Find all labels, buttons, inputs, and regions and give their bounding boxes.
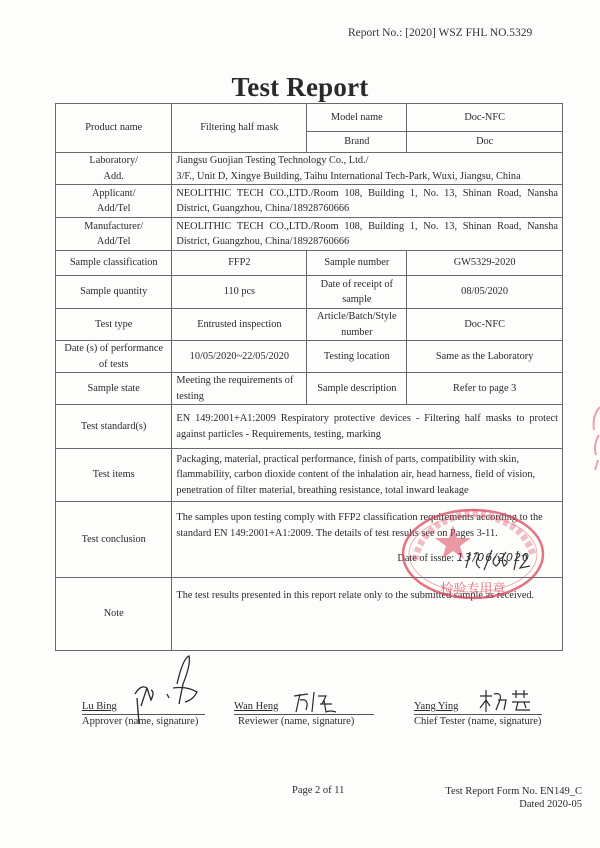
date-of-issue-value: 13/06/2020 [457,551,530,564]
signature-line [234,714,374,715]
date-performance-value: 10/05/2020~22/05/2020 [172,341,307,373]
table-row: Applicant/ Add/Tel NEOLITHIC TECH CO.,LT… [56,185,563,218]
test-items-value: Packaging, material, practical performan… [172,449,563,502]
note-label: Note [56,578,172,651]
model-name-label: Model name [307,104,407,132]
chief-tester-name: Yang Ying [414,701,458,712]
test-items-label: Test items [56,449,172,502]
table-row: Product name Filtering half mask Model n… [56,104,563,132]
product-name-value: Filtering half mask [172,104,307,153]
laboratory-label-line: Laboratory/ [60,153,167,169]
reviewer-role: Reviewer (name, signature) [238,716,354,727]
article-label: Article/Batch/Style number [307,309,407,341]
date-receipt-label: Date of receipt of sample [307,276,407,309]
form-info: Test Report Form No. EN149_C Dated 2020-… [445,785,582,811]
signature-block-approver: Lu Bing Approver (name, signature) [82,668,232,738]
applicant-label-line: Add/Tel [60,201,167,217]
table-row: Test items Packaging, material, practica… [56,449,563,502]
sample-state-value: Meeting the requirements of testing [172,373,307,405]
manufacturer-label: Manufacturer/ Add/Tel [56,218,172,251]
sample-classification-value: FFP2 [172,251,307,276]
signature-line [414,714,542,715]
signature-block-reviewer: Wan Heng Reviewer (name, signature) [230,668,380,738]
table-row: Sample state Meeting the requirements of… [56,373,563,405]
testing-location-label: Testing location [307,341,407,373]
brand-value: Doc [407,132,563,153]
testing-location-value: Same as the Laboratory [407,341,563,373]
applicant-label-line: Applicant/ [60,186,167,202]
form-dated: Dated 2020-05 [445,798,582,811]
test-standard-value: EN 149:2001+A1:2009 Respiratory protecti… [172,405,563,449]
date-of-issue: Date of issue: 13/06/2020 [176,550,558,567]
signature-line [82,714,205,715]
table-row: Laboratory/ Add. Jiangsu Guojian Testing… [56,153,563,185]
form-number: Test Report Form No. EN149_C [445,785,582,798]
reviewer-signature-icon [292,690,342,714]
sample-classification-label: Sample classification [56,251,172,276]
manufacturer-label-line: Manufacturer/ [60,219,167,235]
manufacturer-label-line: Add/Tel [60,234,167,250]
test-conclusion-value: The samples upon testing comply with FFP… [176,510,558,541]
table-row: Sample classification FFP2 Sample number… [56,251,563,276]
model-name-value: Doc-NFC [407,104,563,132]
article-value: Doc-NFC [407,309,563,341]
stamp-edge-icon [590,405,600,475]
table-row: Test conclusion The samples upon testing… [56,502,563,578]
applicant-value: NEOLITHIC TECH CO.,LTD./Room 108, Buildi… [172,185,563,218]
chief-tester-role: Chief Tester (name, signature) [414,716,541,727]
sample-quantity-value: 110 pcs [172,276,307,309]
chief-tester-signature-icon [478,688,538,714]
sample-number-value: GW5329-2020 [407,251,563,276]
page-number: Page 2 of 11 [292,785,344,796]
table-row: Note The test results presented in this … [56,578,563,651]
laboratory-address: 3/F., Unit D, Xingye Building, Taihu Int… [176,169,558,185]
note-value: The test results presented in this repor… [172,578,563,651]
table-row: Test type Entrusted inspection Article/B… [56,309,563,341]
sample-state-label: Sample state [56,373,172,405]
laboratory-name: Jiangsu Guojian Testing Technology Co., … [176,153,558,169]
laboratory-label: Laboratory/ Add. [56,153,172,185]
signature-block-chief-tester: Yang Ying Chief Tester (name, signature) [414,668,564,738]
approver-role: Approver (name, signature) [82,716,198,727]
laboratory-value: Jiangsu Guojian Testing Technology Co., … [172,153,563,185]
test-conclusion-cell: The samples upon testing comply with FFP… [172,502,563,578]
page-title: Test Report [0,72,600,103]
date-receipt-value: 08/05/2020 [407,276,563,309]
sample-quantity-label: Sample quantity [56,276,172,309]
test-standard-label: Test standard(s) [56,405,172,449]
date-of-issue-label: Date of issue: [397,553,454,564]
reviewer-name: Wan Heng [234,701,278,712]
approver-name: Lu Bing [82,701,117,712]
report-number: Report No.: [2020] WSZ FHL NO.5329 [348,27,532,39]
applicant-label: Applicant/ Add/Tel [56,185,172,218]
table-row: Date (s) of performance of tests 10/05/2… [56,341,563,373]
test-report-table: Product name Filtering half mask Model n… [55,103,563,651]
test-conclusion-label: Test conclusion [56,502,172,578]
test-type-label: Test type [56,309,172,341]
table-row: Sample quantity 110 pcs Date of receipt … [56,276,563,309]
sample-description-label: Sample description [307,373,407,405]
table-row: Test standard(s) EN 149:2001+A1:2009 Res… [56,405,563,449]
table-row: Manufacturer/ Add/Tel NEOLITHIC TECH CO.… [56,218,563,251]
product-name-label: Product name [56,104,172,153]
brand-label: Brand [307,132,407,153]
date-performance-label: Date (s) of performance of tests [56,341,172,373]
manufacturer-value: NEOLITHIC TECH CO.,LTD./Room 108, Buildi… [172,218,563,251]
laboratory-label-line: Add. [60,169,167,185]
sample-description-value: Refer to page 3 [407,373,563,405]
sample-number-label: Sample number [307,251,407,276]
test-type-value: Entrusted inspection [172,309,307,341]
